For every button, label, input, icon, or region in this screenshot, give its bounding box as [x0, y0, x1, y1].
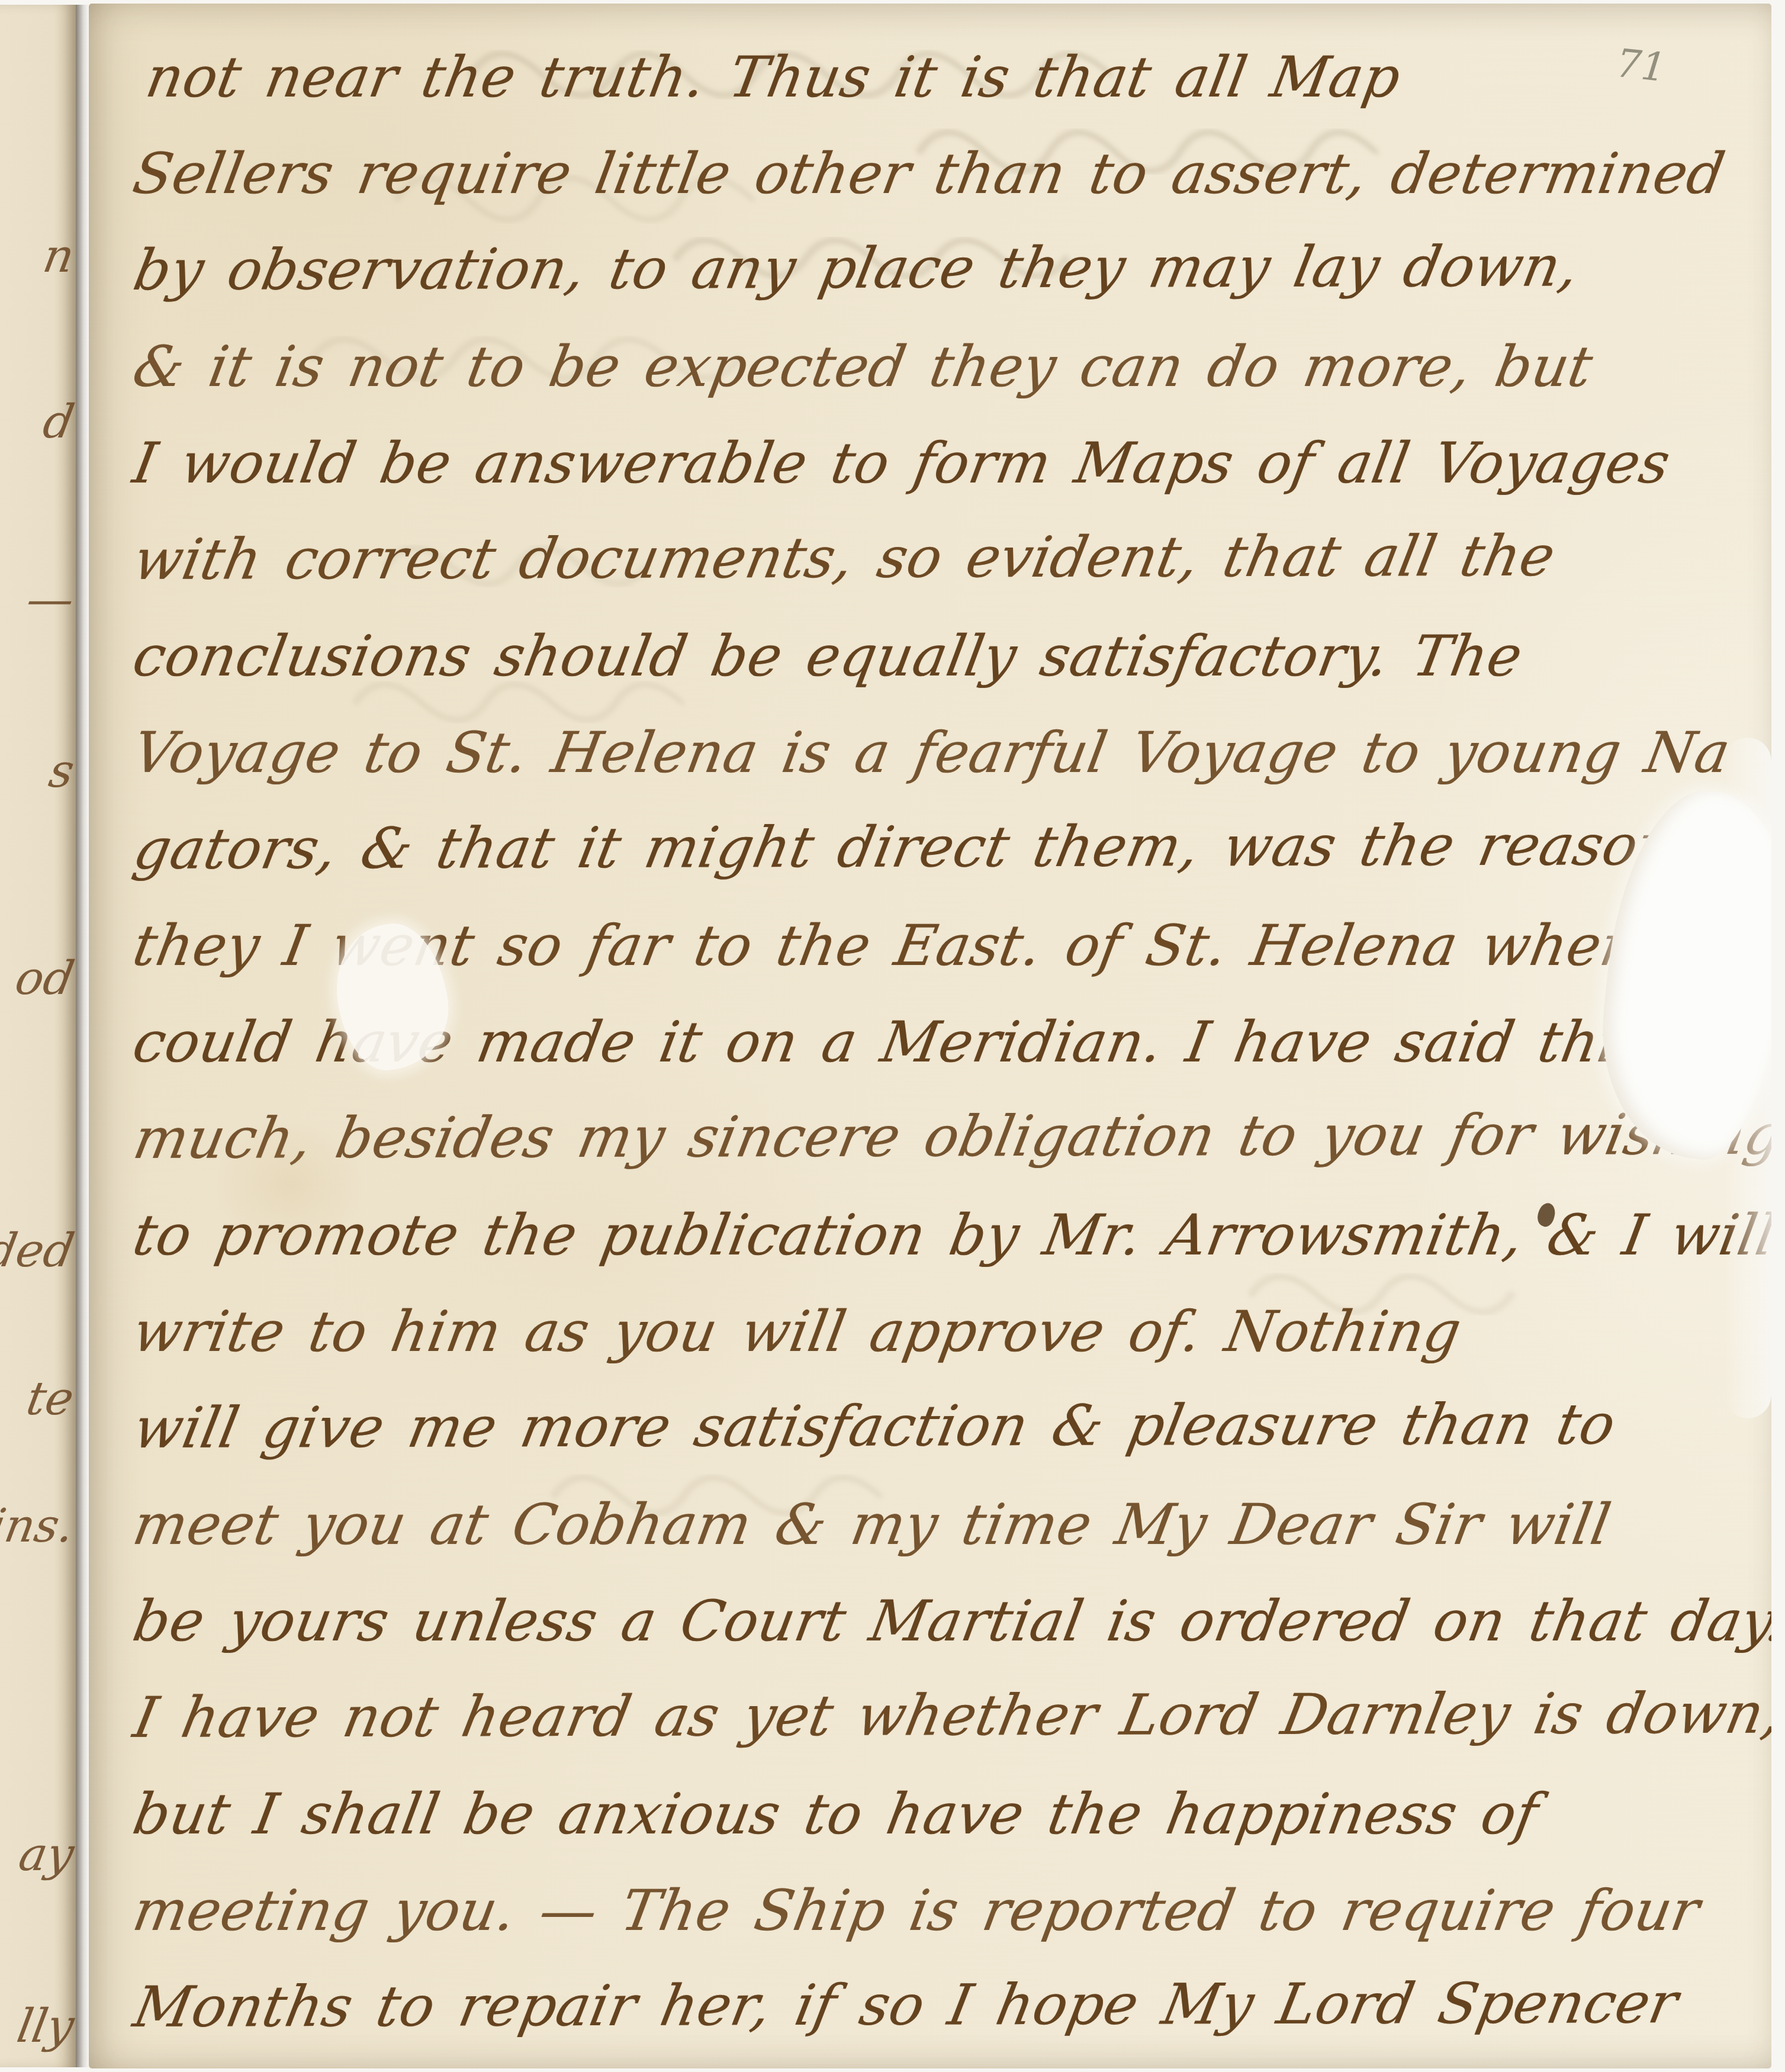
letter-line: Sellers require little other than to ass…	[126, 126, 1771, 223]
paper-stain	[213, 1117, 367, 1253]
letter-line: Months to repair her, if so I hope My Lo…	[126, 1955, 1771, 2056]
fragment-text: —	[22, 573, 76, 626]
fragment-text: od	[11, 952, 76, 1005]
letter-line: Voyage to St. Helena is a fearful Voyage…	[126, 705, 1771, 802]
fragment-text: ay	[15, 1828, 76, 1881]
letter-line: with correct documents, so evident, that…	[126, 508, 1771, 609]
letter-line: I have not heard as yet whether Lord Dar…	[126, 1666, 1771, 1767]
letter-line: much, besides my sincere obligation to y…	[126, 1087, 1771, 1188]
fragment-text: d	[39, 395, 76, 449]
fragment-text: s	[45, 745, 76, 798]
scanned-letter: { "document": { "kind": "handwritten let…	[0, 0, 1785, 2072]
letter-page: 71 not near the truth. Thus it is that a…	[89, 4, 1771, 2068]
letter-line: meet you at Cobham & my time My Dear Sir…	[126, 1477, 1771, 1574]
page-gutter-shadow	[76, 5, 89, 2067]
letter-line: but I shall be anxious to have the happi…	[126, 1767, 1771, 1863]
adjacent-page-edge: n d — s od ded te ins. ay lly	[0, 5, 76, 2067]
letter-line: will give me more satisfaction & pleasur…	[126, 1376, 1771, 1477]
fragment-text: lly	[13, 2000, 76, 2053]
letter-line: & it is not to be expected they can do m…	[126, 319, 1771, 416]
letter-line: I would be answerable to form Maps of al…	[126, 416, 1771, 512]
fragment-text: ded	[0, 1224, 76, 1278]
letter-line: gators, & that it might direct them, was…	[126, 797, 1771, 898]
fragment-text: ins.	[0, 1500, 76, 1553]
letter-line: meeting you. — The Ship is reported to r…	[126, 1863, 1771, 1960]
fragment-text: n	[39, 230, 76, 283]
letter-line: conclusions should be equally satisfacto…	[126, 609, 1771, 705]
letter-line: by observation, to any place they may la…	[126, 218, 1771, 319]
letter-line: to promote the publication by Mr. Arrows…	[126, 1188, 1771, 1284]
letter-line: be yours unless a Court Martial is order…	[126, 1574, 1771, 1670]
fragment-text: te	[23, 1372, 76, 1426]
letter-line: write to him as you will approve of. Not…	[126, 1284, 1771, 1381]
letter-line: not near the truth. Thus it is that all …	[126, 30, 1771, 126]
